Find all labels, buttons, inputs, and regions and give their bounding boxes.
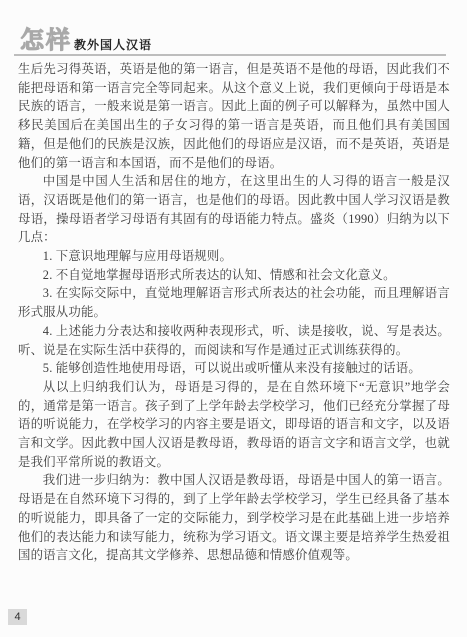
- body-text: 生后先习得英语，英语是他的第一语言，但是英语不是他的母语，因此我们不能把母语和第…: [18, 60, 450, 565]
- page-number-badge: 4: [8, 609, 27, 625]
- book-title-small: 教外国人汉语: [74, 38, 152, 53]
- book-title-large: 怎样: [20, 29, 72, 53]
- paragraph-5: 3. 在实际交际中，直觉地理解语言形式所表达的社会功能，而且理解语言形式服从功能…: [18, 284, 450, 321]
- paragraph-8: 从以上归纳我们认为，母语是习得的，是在自然环境下“无意识”地学会的，通常是第一语…: [18, 378, 450, 472]
- running-header: 怎样 教外国人汉语: [14, 26, 446, 56]
- paragraph-4: 2. 不自觉地掌握母语形式所表达的认知、情感和社会文化意义。: [18, 266, 450, 285]
- paragraph-6: 4. 上述能力分表达和接收两种表现形式，听、读是接收，说、写是表达。听、说是在实…: [18, 322, 450, 359]
- paragraph-7: 5. 能够创造性地使用母语，可以说出或听懂从来没有接触过的话语。: [18, 359, 450, 378]
- paragraph-1: 生后先习得英语，英语是他的第一语言，但是英语不是他的母语，因此我们不能把母语和第…: [18, 60, 450, 172]
- paragraph-3: 1. 下意识地理解与应用母语规则。: [18, 247, 450, 266]
- paragraph-2: 中国是中国人生活和居住的地方，在这里出生的人习得的语言一般是汉语，汉语既是他们的…: [18, 172, 450, 247]
- running-header-title: 怎样 教外国人汉语: [20, 29, 152, 53]
- paragraph-9: 我们进一步归纳为：教中国人汉语是教母语，母语是中国人的第一语言。母语是在自然环境…: [18, 471, 450, 565]
- book-page: 怎样 教外国人汉语 生后先习得英语，英语是他的第一语言，但是英语不是他的母语，因…: [0, 0, 467, 637]
